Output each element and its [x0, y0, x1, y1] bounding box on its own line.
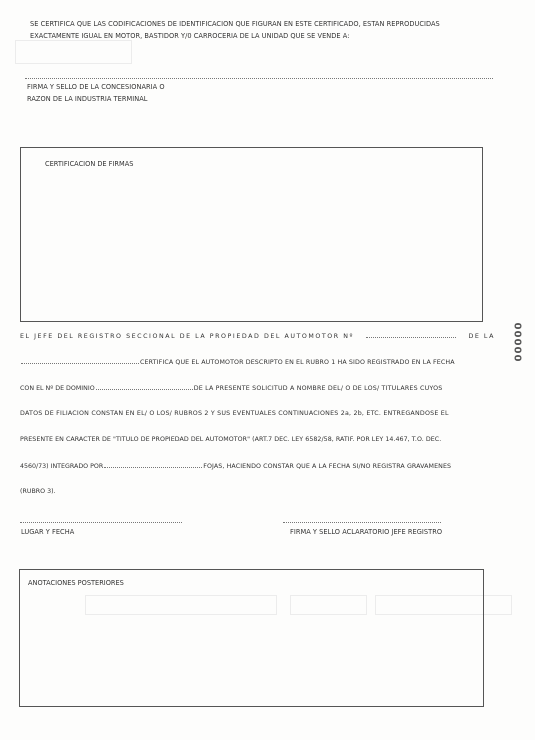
registry-number-field[interactable]: [366, 332, 456, 338]
registry-head-signature-line[interactable]: [283, 522, 441, 523]
sheets-count-field[interactable]: [104, 462, 202, 468]
dealer-signature-label-1: FIRMA Y SELLO DE LA CONCESIONARIA O: [27, 83, 165, 91]
registry-line-1: EL JEFE DEL REGISTRO SECCIONAL DE LA PRO…: [20, 332, 495, 342]
registry-line-5: PRESENTE EN CARACTER DE "TITULO DE PROPI…: [20, 436, 495, 446]
place-date-label: LUGAR Y FECHA: [21, 528, 74, 536]
later-annotations-title: ANOTACIONES POSTERIORES: [28, 579, 124, 587]
registry-head-signature-label: FIRMA Y SELLO ACLARATORIO JEFE REGISTRO: [290, 528, 442, 536]
registry-line-4: DATOS DE FILIACION CONSTAN EN EL/ O LOS/…: [20, 410, 495, 420]
registry-line-2: CERTIFICA QUE EL AUTOMOTOR DESCRIPTO EN …: [20, 358, 495, 368]
serial-number: 00000: [510, 322, 522, 362]
registry-line-6: 4560/73) INTEGRADO POR FOJAS, HACIENDO C…: [20, 462, 495, 472]
dealer-signature-label-2: RAZON DE LA INDUSTRIA TERMINAL: [27, 95, 147, 103]
signature-certification-title: CERTIFICACION DE FIRMAS: [45, 160, 133, 168]
dealer-signature-line[interactable]: [25, 78, 493, 79]
bleed-through-mark: [15, 40, 132, 64]
domain-number-field[interactable]: [96, 384, 193, 390]
place-date-line[interactable]: [20, 522, 182, 523]
certification-text-line-1: SE CERTIFICA QUE LAS CODIFICACIONES DE I…: [30, 20, 440, 28]
registry-line-7: (RUBRO 3).: [20, 488, 495, 498]
certification-text-line-2: EXACTAMENTE IGUAL EN MOTOR, BASTIDOR Y/0…: [30, 32, 349, 40]
registry-line-3: CON EL Nº DE DOMINIO DE LA PRESENTE SOLI…: [20, 384, 495, 394]
locality-field[interactable]: [21, 358, 139, 364]
signature-certification-box[interactable]: CERTIFICACION DE FIRMAS: [20, 147, 483, 322]
later-annotations-box[interactable]: ANOTACIONES POSTERIORES: [19, 569, 484, 707]
